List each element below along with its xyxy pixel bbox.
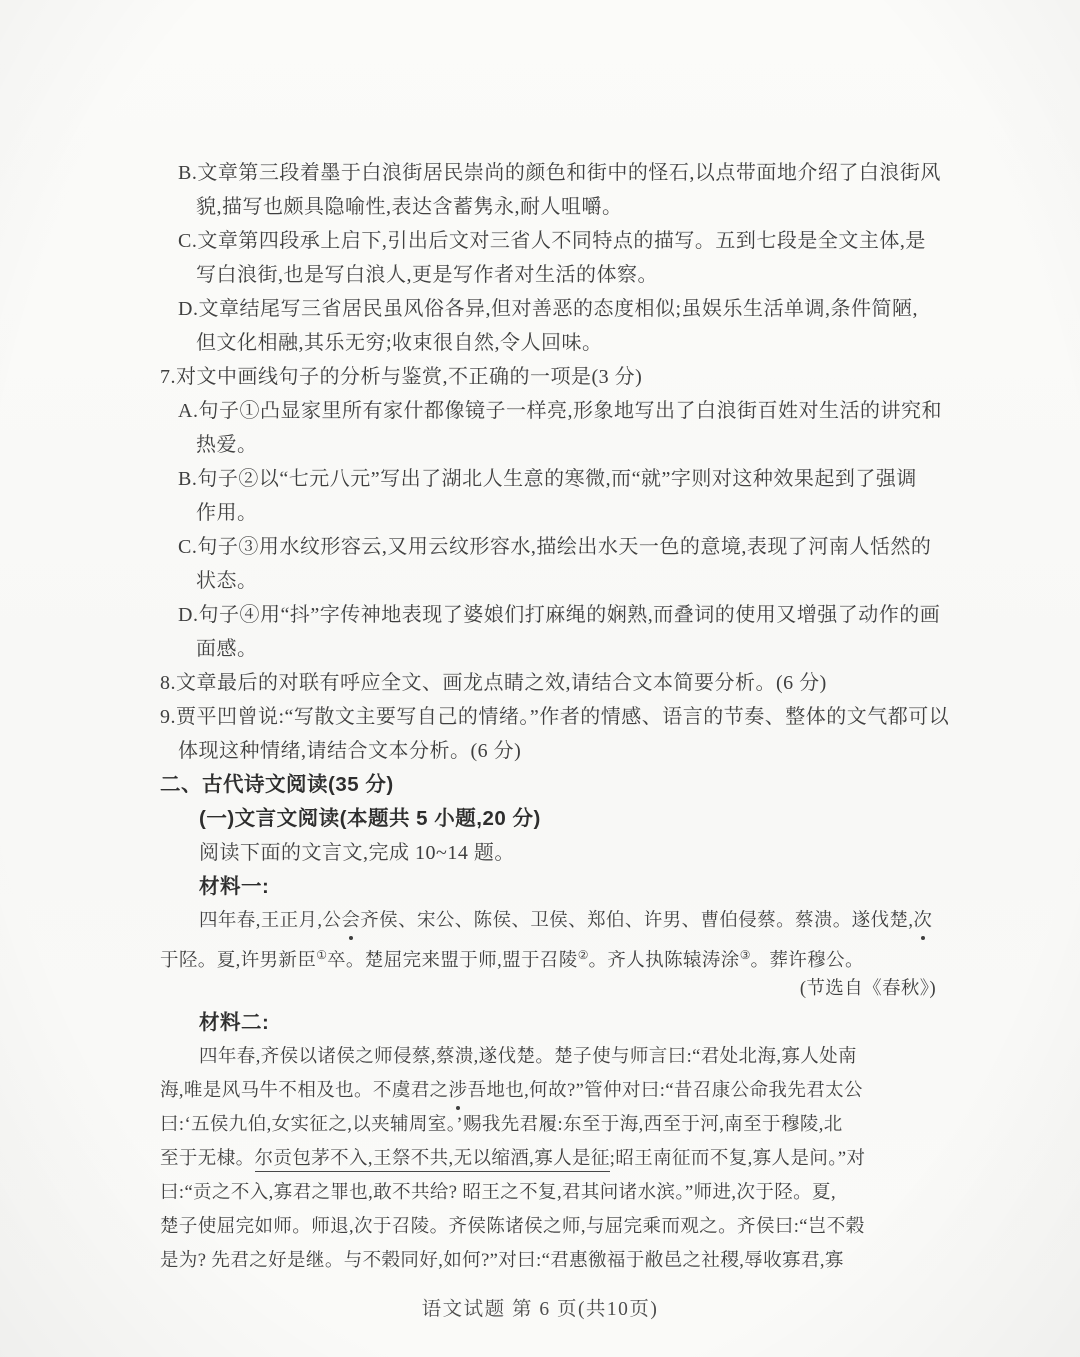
- section-2-heading: 二、古代诗文阅读(35 分): [160, 768, 940, 802]
- m1-l1-emphasized-char-1: 会: [341, 904, 360, 938]
- q7-option-c-line-1: C.句子③用水纹形容云,又用云纹形容水,描绘出水天一色的意境,表现了河南人恬然的: [160, 530, 940, 564]
- m1-l2-text-3: 。齐人执陈辕涛涂: [589, 951, 740, 971]
- q7-option-d-line-2: 面感。: [160, 632, 940, 666]
- footnote-marker-2: ②: [578, 948, 589, 962]
- m1-l1-text-1: 四年春,王正月,公: [199, 911, 341, 931]
- m2-l4-text-2: ;昭王南征而不复,寡人是问。”对: [610, 1149, 866, 1169]
- m1-l1-emphasized-char-2: 次: [913, 904, 932, 938]
- reading-instruction: 阅读下面的文言文,完成 10~14 题。: [160, 836, 940, 870]
- material-2-line-6: 楚子使屈完如师。师退,次于召陵。齐侯陈诸侯之师,与屈完乘而观之。齐侯曰:“岂不榖: [160, 1210, 940, 1244]
- material-2-line-7: 是为? 先君之好是继。与不榖同好,如何?”对曰:“君惠徼福于敝邑之社稷,辱收寡君…: [160, 1244, 940, 1278]
- material-1-line-1: 四年春,王正月,公会齐侯、宋公、陈侯、卫侯、郑伯、许男、曹伯侵蔡。蔡溃。遂伐楚,…: [160, 904, 940, 938]
- question-7-stem: 7.对文中画线句子的分析与鉴赏,不正确的一项是(3 分): [160, 360, 940, 394]
- subsection-1-heading: (一)文言文阅读(本题共 5 小题,20 分): [160, 802, 940, 836]
- m1-l1-text-2: 齐侯、宋公、陈侯、卫侯、郑伯、许男、曹伯侵蔡。蔡溃。遂伐楚,: [360, 911, 913, 931]
- q7-option-d-line-1: D.句子④用“抖”字传神地表现了婆娘们打麻绳的娴熟,而叠词的使用又增强了动作的画: [160, 598, 940, 632]
- q6-option-d-line-1: D.文章结尾写三省居民虽风俗各异,但对善恶的态度相似;虽娱乐生活单调,条件简陋,: [160, 292, 940, 326]
- material-1-source-attribution: (节选自《春秋》): [160, 972, 940, 1006]
- question-9-line-2: 体现这种情绪,请结合文本分析。(6 分): [160, 734, 940, 768]
- material-2-line-5: 曰:“贡之不入,寡君之罪也,敢不共给? 昭王之不复,君其问诸水滨。”师进,次于陉…: [160, 1176, 940, 1210]
- q6-option-d-line-2: 但文化相融,其乐无穷;收束很自然,令人回味。: [160, 326, 940, 360]
- material-2-label: 材料二:: [160, 1006, 940, 1040]
- exam-page: B.文章第三段着墨于白浪街居民崇尚的颜色和街中的怪石,以点带面地介绍了白浪街风 …: [0, 0, 1080, 1357]
- q7-option-a-line-1: A.句子①凸显家里所有家什都像镜子一样亮,形象地写出了白浪街百姓对生活的讲究和: [160, 394, 940, 428]
- footnote-marker-1: ①: [316, 948, 327, 962]
- q6-option-c-line-2: 写白浪街,也是写白浪人,更是写作者对生活的体察。: [160, 258, 940, 292]
- page-number-footer: 语文试题 第 6 页(共10页): [0, 1293, 1080, 1321]
- m2-l2-text-2: 吾地也,何故?”管仲对曰:“昔召康公命我先君太公: [467, 1081, 863, 1101]
- question-8-stem: 8.文章最后的对联有呼应全文、画龙点睛之效,请结合文本简要分析。(6 分): [160, 666, 940, 700]
- m2-l2-emphasized-char: 涉: [449, 1074, 468, 1108]
- m2-l2-text-1: 海,唯是风马牛不相及也。不虞君之: [160, 1081, 449, 1101]
- material-2-line-1: 四年春,齐侯以诸侯之师侵蔡,蔡溃,遂伐楚。楚子使与师言曰:“君处北海,寡人处南: [160, 1040, 940, 1074]
- q7-option-b-line-1: B.句子②以“七元八元”写出了湖北人生意的寒微,而“就”字则对这种效果起到了强调: [160, 462, 940, 496]
- q7-option-a-line-2: 热爱。: [160, 428, 940, 462]
- q7-option-c-line-2: 状态。: [160, 564, 940, 598]
- q6-option-c-line-1: C.文章第四段承上启下,引出后文对三省人不同特点的描写。五到七段是全文主体,是: [160, 224, 940, 258]
- question-9-line-1: 9.贾平凹曾说:“写散文主要写自己的情绪。”作者的情感、语言的节奏、整体的文气都…: [160, 700, 940, 734]
- m1-l2-text-2: 卒。楚屈完来盟于师,盟于召陵: [327, 951, 578, 971]
- q7-option-b-line-2: 作用。: [160, 496, 940, 530]
- m2-l4-underlined-passage: 尔贡包茅不入,王祭不共,无以缩酒,寡人是征: [255, 1149, 610, 1172]
- material-1-label: 材料一:: [160, 870, 940, 904]
- m1-l2-text-1: 于陉。夏,许男新臣: [160, 951, 316, 971]
- material-2-line-4: 至于无棣。尔贡包茅不入,王祭不共,无以缩酒,寡人是征;昭王南征而不复,寡人是问。…: [160, 1142, 940, 1176]
- material-1-line-2: 于陉。夏,许男新臣①卒。楚屈完来盟于师,盟于召陵②。齐人执陈辕涛涂③。葬许穆公。: [160, 938, 940, 972]
- footnote-marker-3: ③: [740, 948, 751, 962]
- q6-option-b-line-1: B.文章第三段着墨于白浪街居民崇尚的颜色和街中的怪石,以点带面地介绍了白浪街风: [160, 156, 940, 190]
- exam-content: B.文章第三段着墨于白浪街居民崇尚的颜色和街中的怪石,以点带面地介绍了白浪街风 …: [160, 156, 940, 1278]
- material-2-line-2: 海,唯是风马牛不相及也。不虞君之涉吾地也,何故?”管仲对曰:“昔召康公命我先君太…: [160, 1074, 940, 1108]
- m2-l4-text-1: 至于无棣。: [160, 1149, 255, 1169]
- m1-l2-text-4: 。葬许穆公。: [750, 951, 863, 971]
- q6-option-b-line-2: 貌,描写也颇具隐喻性,表达含蓄隽永,耐人咀嚼。: [160, 190, 940, 224]
- material-2-line-3: 曰:‘五侯九伯,女实征之,以夹辅周室。’赐我先君履:东至于海,西至于河,南至于穆…: [160, 1108, 940, 1142]
